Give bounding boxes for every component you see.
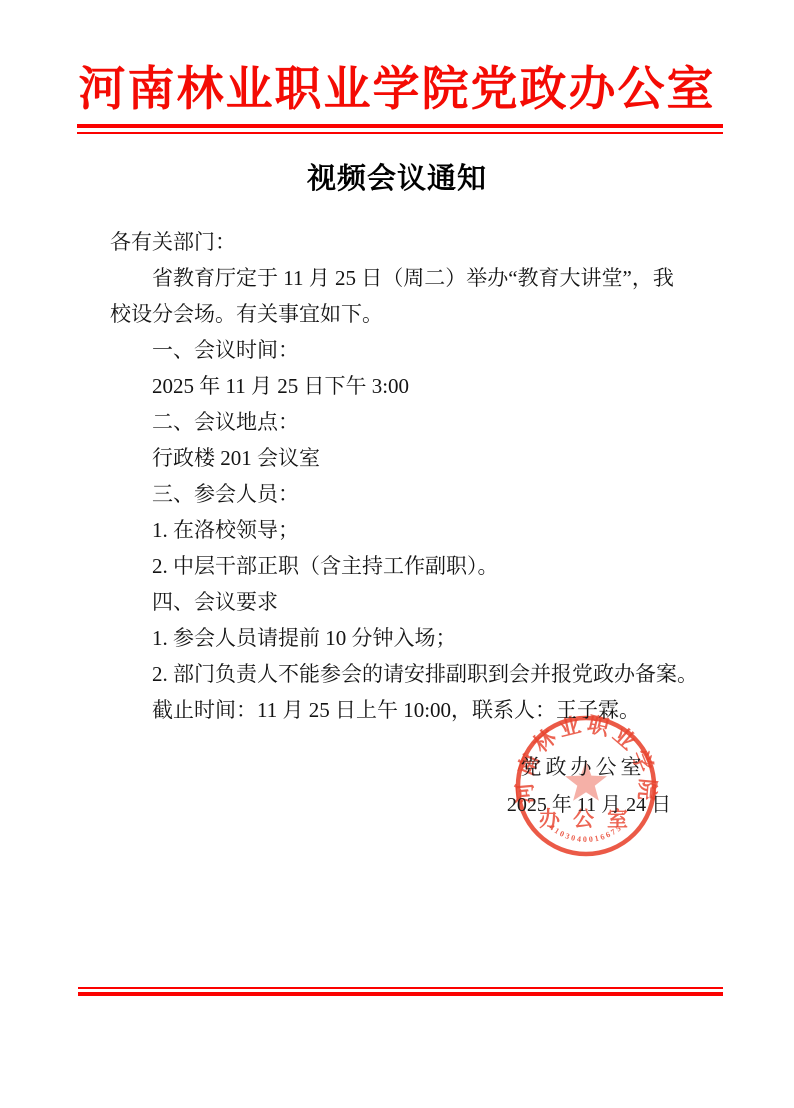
- body-line: 行政楼 201 会议室: [110, 440, 706, 476]
- body-line: 二、会议地点：: [110, 404, 706, 440]
- body-line: 省教育厅定于 11 月 25 日（周二）举办“教育大讲堂”，我: [110, 260, 706, 296]
- signature-signer: 党政办公室: [483, 751, 683, 781]
- official-seal: 河南林业职业学院 办公室 4103040016675: [511, 711, 661, 861]
- document-page: 河南林业职业学院党政办公室 视频会议通知 各有关部门： 省教育厅定于 11 月 …: [0, 0, 794, 1108]
- body-line: 四、会议要求: [110, 584, 706, 620]
- header-rule-thin: [77, 132, 723, 134]
- footer-rule-thick: [78, 992, 723, 996]
- doc-title: 视频会议通知: [0, 156, 794, 197]
- body-line: 各有关部门：: [110, 224, 706, 260]
- body-line: 1. 在洛校领导；: [110, 512, 706, 548]
- footer-rule-thin: [78, 987, 723, 989]
- notice-body: 各有关部门： 省教育厅定于 11 月 25 日（周二）举办“教育大讲堂”，我 校…: [110, 224, 706, 728]
- signature-date: 2025 年 11 月 24 日: [489, 788, 689, 817]
- body-line: 1. 参会人员请提前 10 分钟入场；: [110, 620, 706, 656]
- header-rule-thick: [77, 124, 723, 128]
- body-line: 2. 中层干部正职（含主持工作副职）。: [110, 548, 706, 584]
- body-line: 2025 年 11 月 25 日下午 3:00: [110, 368, 706, 404]
- body-line: 截止时间：11 月 25 日上午 10:00，联系人：王子霖。: [110, 692, 706, 728]
- body-line: 三、参会人员：: [110, 476, 706, 512]
- body-line: 一、会议时间：: [110, 332, 706, 368]
- body-line: 2. 部门负责人不能参会的请安排副职到会并报党政办备案。: [110, 656, 706, 692]
- org-title: 河南林业职业学院党政办公室: [0, 52, 794, 119]
- body-line: 校设分会场。有关事宜如下。: [110, 296, 706, 332]
